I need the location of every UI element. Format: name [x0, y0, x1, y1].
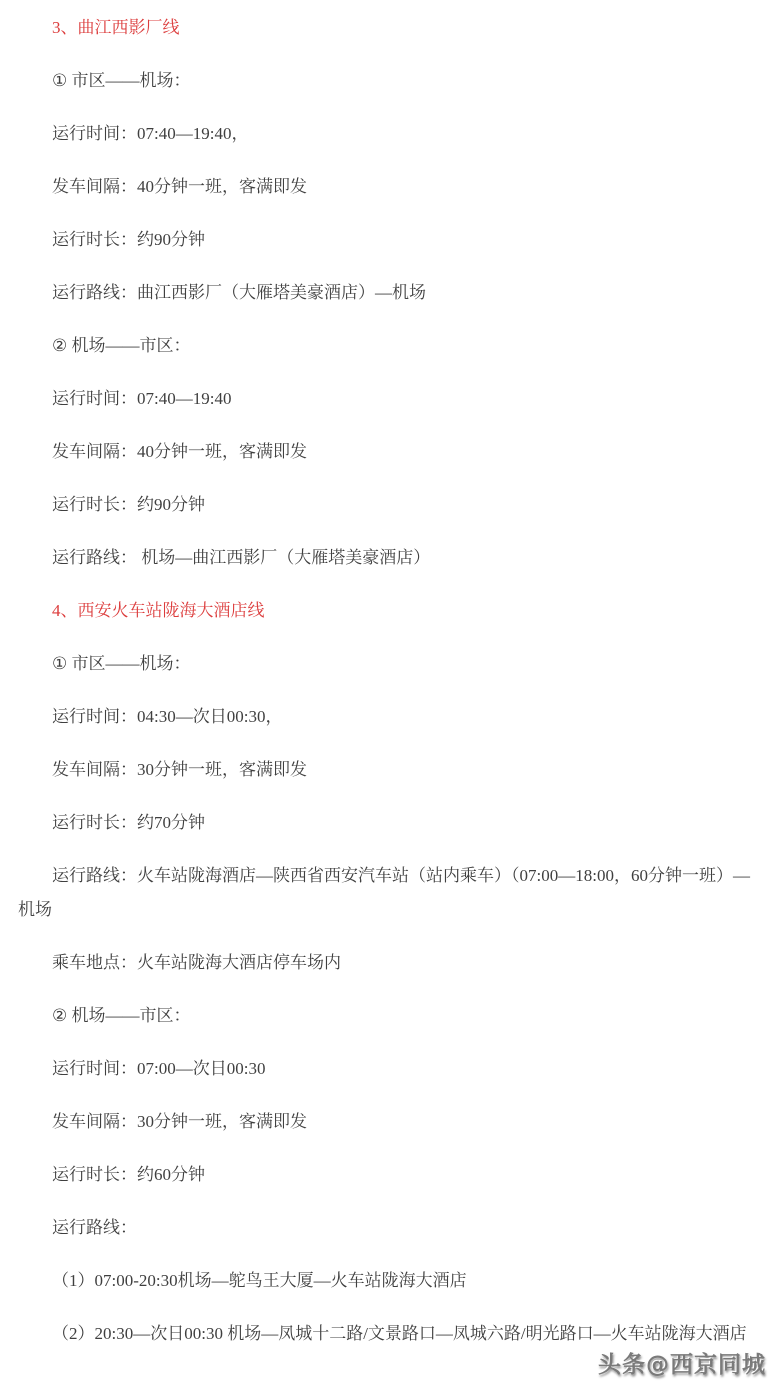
paragraph: 运行时长：约90分钟 [18, 223, 756, 257]
paragraph: ① 市区——机场： [18, 647, 756, 681]
paragraph: ② 机场——市区： [18, 999, 756, 1033]
toutiao-watermark: 头条@西京同城 [598, 1346, 766, 1379]
paragraph: ② 机场——市区： [18, 329, 756, 363]
paragraph: 运行时长：约90分钟 [18, 488, 756, 522]
paragraph: 运行路线： 机场—曲江西影厂（大雁塔美豪酒店） [18, 541, 756, 575]
paragraph: 发车间隔：30分钟一班，客满即发 [18, 753, 756, 787]
article-body: 3、曲江西影厂线 ① 市区——机场： 运行时间：07:40—19:40， 发车间… [0, 0, 774, 1351]
section-heading: 4、西安火车站陇海大酒店线 [18, 594, 756, 628]
paragraph: 运行时间：07:40—19:40， [18, 117, 756, 151]
paragraph: 运行路线：曲江西影厂（大雁塔美豪酒店）—机场 [18, 276, 756, 310]
paragraph: 运行路线：火车站陇海酒店—陕西省西安汽车站（站内乘车）（07:00—18:00，… [18, 859, 756, 927]
paragraph: 乘车地点：火车站陇海大酒店停车场内 [18, 946, 756, 980]
paragraph: 运行路线： [18, 1211, 756, 1245]
paragraph: 运行时间：07:40—19:40 [18, 382, 756, 416]
paragraph: 运行时长：约70分钟 [18, 806, 756, 840]
section-heading: 3、曲江西影厂线 [18, 11, 756, 45]
paragraph: （1）07:00-20:30机场—鸵鸟王大厦—火车站陇海大酒店 [18, 1264, 756, 1298]
paragraph: 运行时长：约60分钟 [18, 1158, 756, 1192]
paragraph: 发车间隔：40分钟一班，客满即发 [18, 170, 756, 204]
paragraph: 发车间隔：40分钟一班，客满即发 [18, 435, 756, 469]
paragraph: 发车间隔：30分钟一班，客满即发 [18, 1105, 756, 1139]
paragraph: ① 市区——机场： [18, 64, 756, 98]
paragraph: 运行时间：07:00—次日00:30 [18, 1052, 756, 1086]
paragraph: 运行时间：04:30—次日00:30， [18, 700, 756, 734]
